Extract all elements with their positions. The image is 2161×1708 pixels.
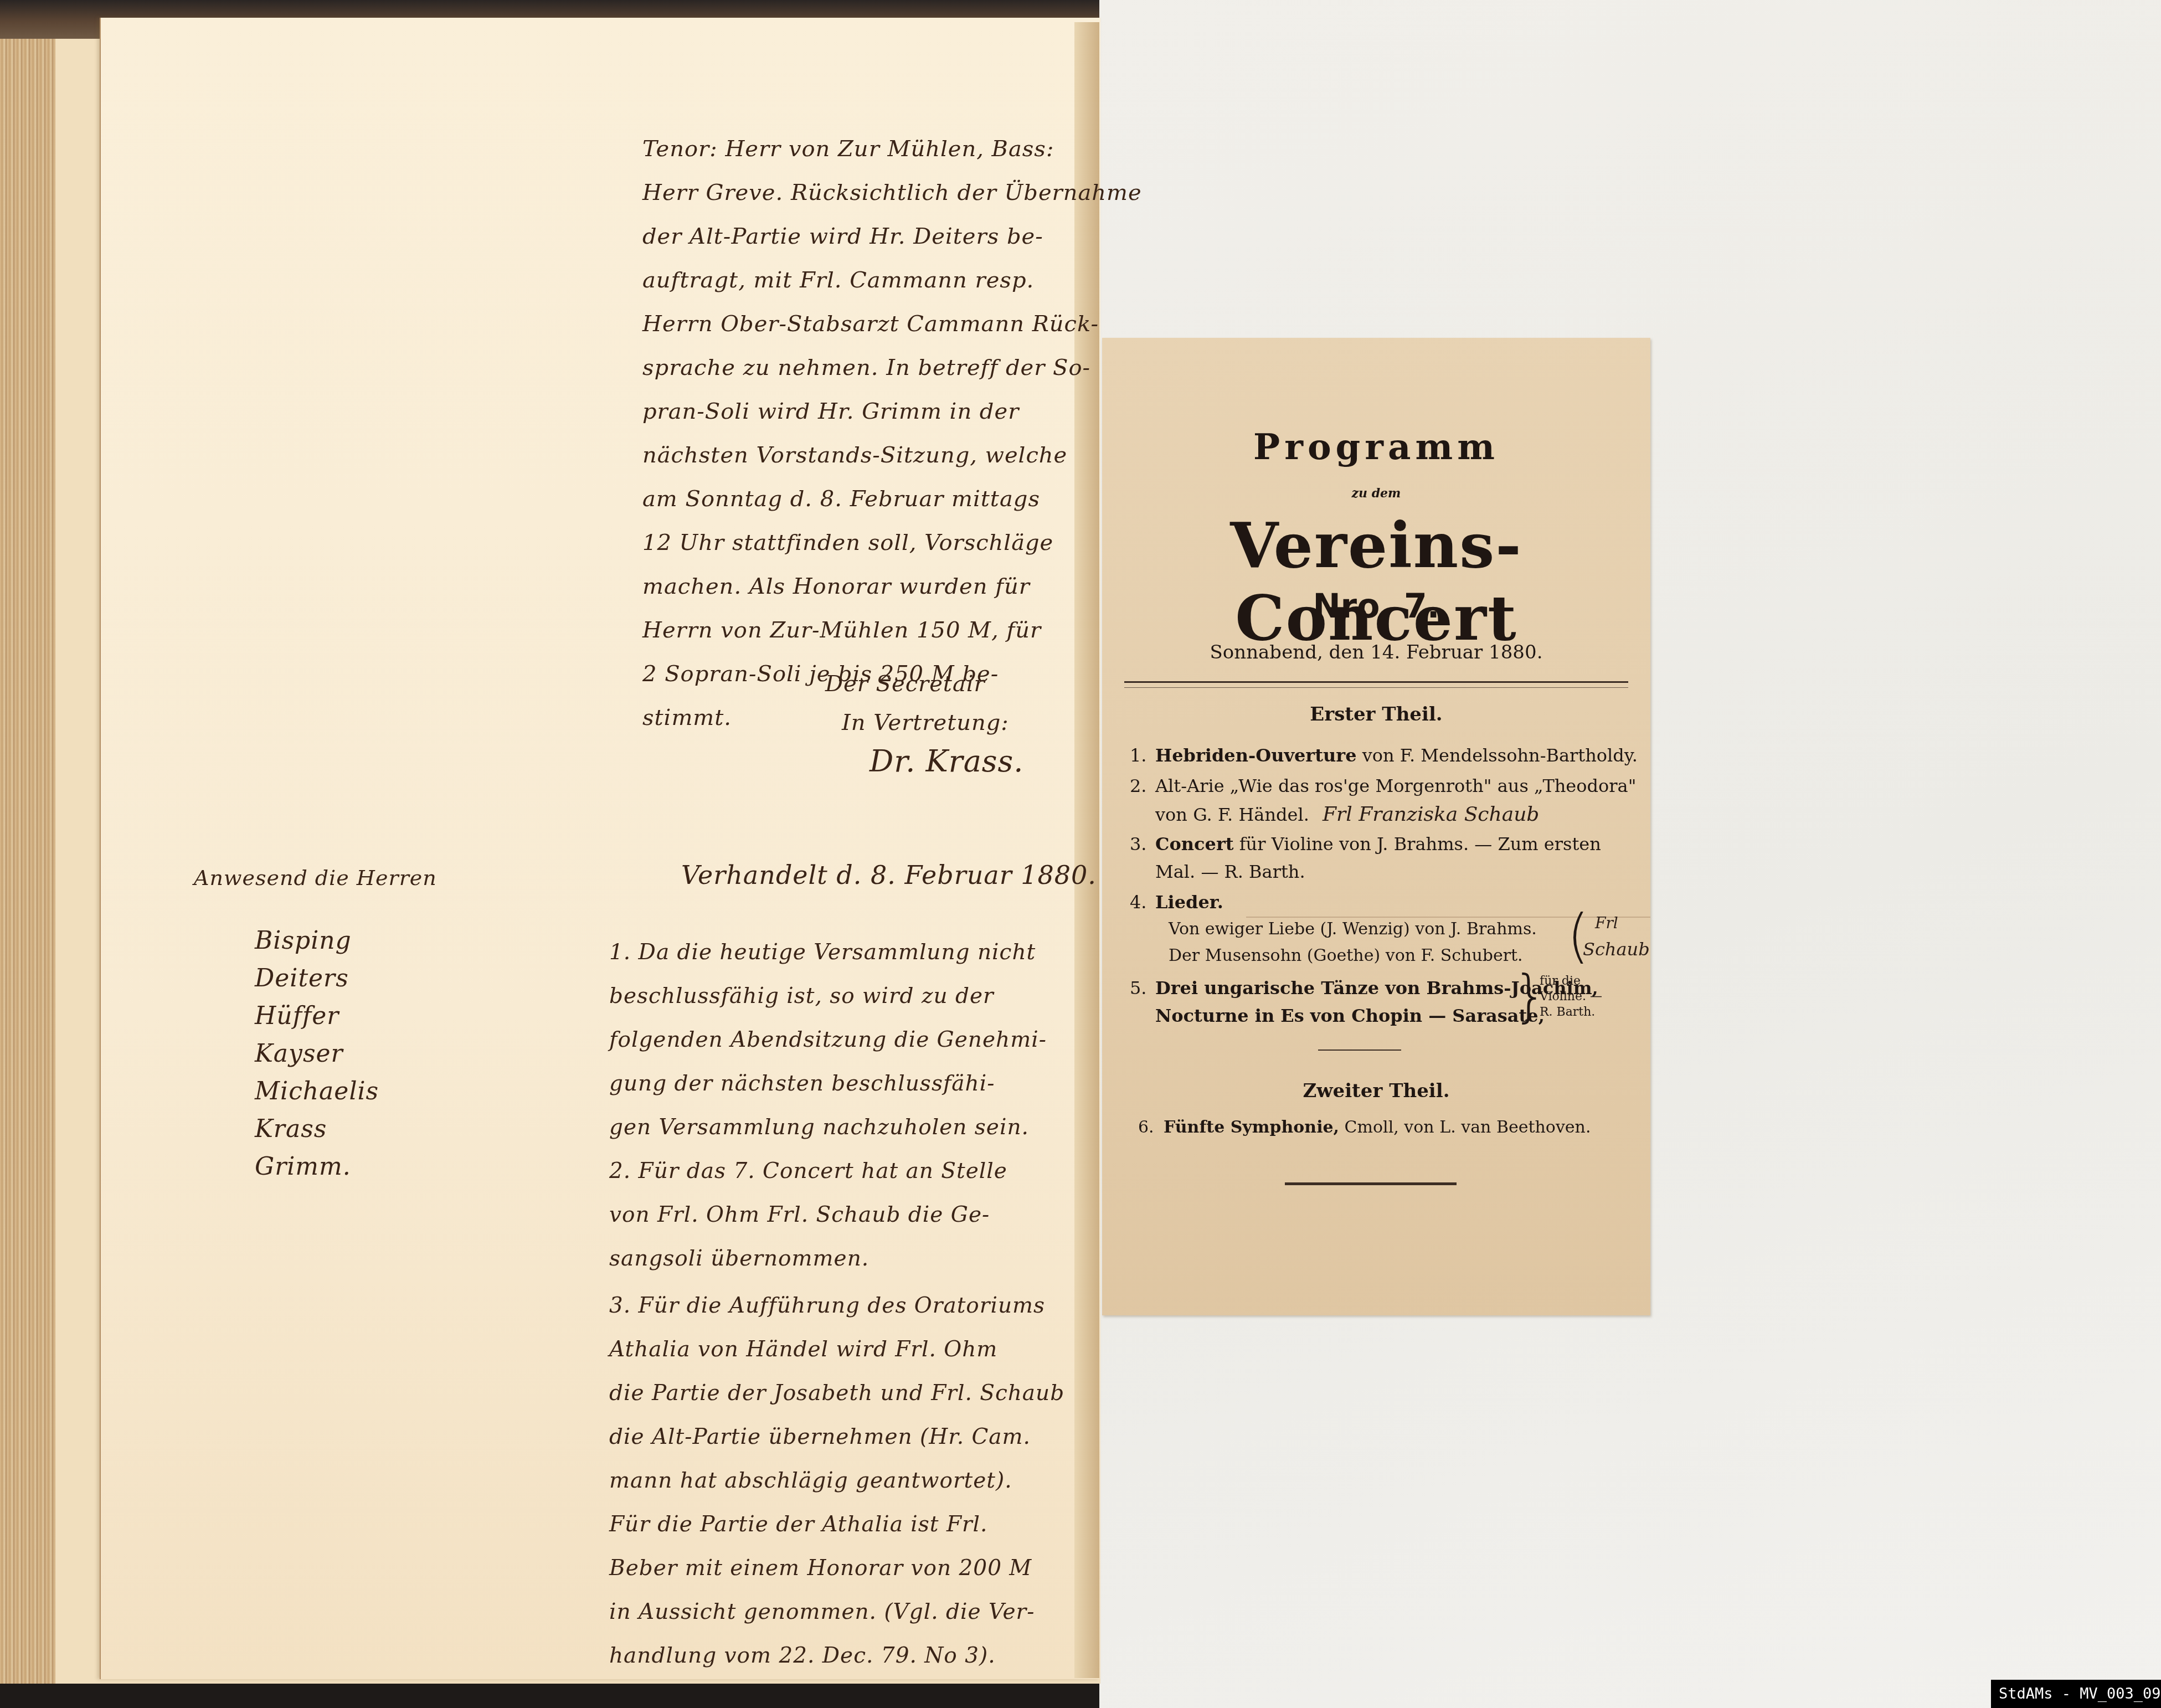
minutes-continued: Tenor: Herr von Zur Mühlen, Bass: Herr G… — [642, 127, 1142, 740]
attendee-name: Hüffer — [255, 997, 379, 1035]
handwritten-annotation: Frl Franziska Schaub — [1323, 803, 1539, 826]
item-details: „Wie das ros'ge Morgenroth" aus „Theodor… — [1224, 775, 1637, 796]
item-number: 2. — [1130, 775, 1155, 796]
minutes-line: in Aussicht genommen. (Vgl. die Ver- — [609, 1590, 1064, 1634]
end-rule — [1285, 1182, 1457, 1185]
signature-block: Der Secretair In Vertretung: Dr. Krass. — [820, 665, 1023, 781]
program-item-2-continued: von G. F. Händel. Frl Franziska Schaub — [1155, 803, 1539, 826]
minutes-line: 3. Für die Aufführung des Oratoriums — [609, 1284, 1064, 1328]
part2-heading: Zweiter Theil. — [1102, 1080, 1650, 1102]
lied-2: Der Musensohn (Goethe) von F. Schubert. — [1169, 946, 1523, 965]
minutes-line: mann hat abschlägig geantwortet). — [609, 1459, 1064, 1503]
program-item-4: 4.Lieder. — [1130, 892, 1223, 913]
item-title: Nocturne in Es von Chopin — Sarasate, — [1155, 1005, 1545, 1026]
item-number: 5. — [1130, 978, 1155, 999]
handwritten-annotation: Frl — [1595, 914, 1618, 932]
minutes-line: Für die Partie der Athalia ist Frl. — [609, 1503, 1064, 1546]
minutes-line: handlung vom 22. Dec. 79. No 3). — [609, 1634, 1064, 1678]
item-details: von F. Mendelssohn-Bartholdy. — [1356, 745, 1637, 766]
item-5-performer-note: für die Violine. — R. Barth. — [1540, 974, 1602, 1020]
minutes-line: auftragt, mit Frl. Cammann resp. — [642, 259, 1142, 302]
concert-program-sheet: Programm zu dem Vereins-Concert Nro. 7. … — [1102, 338, 1650, 1315]
program-subtitle: zu dem — [1102, 486, 1650, 501]
bleed-through-text — [234, 128, 666, 627]
item-details: Mal. — R. Barth. — [1155, 861, 1305, 882]
program-item-3-continued: Mal. — R. Barth. — [1155, 861, 1305, 882]
minutes-line: von Frl. Ohm Frl. Schaub die Ge- — [609, 1193, 1064, 1237]
lied-1: Von ewiger Liebe (J. Wenzig) von J. Brah… — [1169, 919, 1537, 939]
item-title: Hebriden-Ouverture — [1155, 745, 1356, 766]
item-number: 6. — [1138, 1118, 1164, 1137]
item-details: für Violine von J. Brahms. — Zum ersten — [1234, 834, 1601, 855]
item-title: Lieder. — [1155, 892, 1223, 913]
minutes-line: pran-Soli wird Hr. Grimm in der — [642, 390, 1142, 434]
minutes-line: sangsoli übernommen. — [609, 1237, 1064, 1280]
minutes-line: 2. Für das 7. Concert hat an Stelle — [609, 1149, 1064, 1193]
minutes-line: 12 Uhr stattfinden soll, Vorschläge — [642, 521, 1142, 565]
item-number: 4. — [1130, 892, 1155, 913]
attendance-list: Bisping Deiters Hüffer Kayser Michaelis … — [255, 922, 379, 1186]
attendee-name: Bisping — [255, 922, 379, 960]
minutes-line: Beber mit einem Honorar von 200 M — [609, 1546, 1064, 1590]
note-line: für die — [1540, 974, 1602, 989]
archive-reference-label: StdAMs - MV_003_091 — [1991, 1680, 2161, 1708]
double-rule-divider — [1124, 681, 1628, 688]
program-item-1: 1.Hebriden-Ouverture von F. Mendelssohn-… — [1130, 745, 1638, 766]
session-minutes: 1. Da die heutige Versammlung nicht besc… — [609, 930, 1064, 1678]
minutes-line: gen Versammlung nachzuholen sein. — [609, 1105, 1064, 1149]
minutes-line: der Alt-Partie wird Hr. Deiters be- — [642, 215, 1142, 259]
minutes-line: sprache zu nehmen. In betreff der So- — [642, 346, 1142, 390]
minutes-line: Tenor: Herr von Zur Mühlen, Bass: — [642, 127, 1142, 171]
attendee-name: Krass — [255, 1110, 379, 1148]
item-title: Fünfte Symphonie, — [1164, 1118, 1339, 1137]
item-title: Alt-Arie — [1155, 775, 1224, 796]
section-divider — [1318, 1050, 1401, 1051]
fold-crease — [1246, 917, 1650, 918]
attendee-name: Michaelis — [255, 1073, 379, 1110]
part1-heading: Erster Theil. — [1102, 703, 1650, 726]
program-date: Sonnabend, den 14. Februar 1880. — [1102, 641, 1650, 663]
minutes-line: die Alt-Partie übernehmen (Hr. Cam. — [609, 1415, 1064, 1459]
item-number: 3. — [1130, 834, 1155, 855]
program-item-6: 6.Fünfte Symphonie, Cmoll, von L. van Be… — [1138, 1118, 1591, 1137]
item-title: Concert — [1155, 834, 1234, 855]
handwritten-annotation: Schaub — [1583, 939, 1650, 960]
minutes-line: am Sonntag d. 8. Februar mittags — [642, 477, 1142, 521]
minutes-line: folgenden Abendsitzung die Genehmi- — [609, 1018, 1064, 1062]
minutes-line: machen. Als Honorar wurden für — [642, 565, 1142, 609]
minutes-line: die Partie der Josabeth und Frl. Schaub — [609, 1371, 1064, 1415]
item-details: von G. F. Händel. — [1155, 804, 1309, 825]
page-stack-edge — [0, 39, 55, 1686]
program-title: Programm — [1102, 426, 1650, 468]
attendee-name: Grimm. — [255, 1148, 379, 1186]
minutes-line: Herr Greve. Rücksichtlich der Übernahme — [642, 171, 1142, 215]
minutes-line: beschlussfähig ist, so wird zu der — [609, 974, 1064, 1018]
session-header: Verhandelt d. 8. Februar 1880. — [681, 853, 1097, 897]
note-line: Violine. — — [1540, 989, 1602, 1005]
program-item-5-continued: Nocturne in Es von Chopin — Sarasate, — [1155, 1005, 1545, 1026]
minutes-line: Herrn Ober-Stabsarzt Cammann Rück- — [642, 302, 1142, 346]
book-cover-bottom — [0, 1684, 1099, 1708]
program-event-name: Vereins-Concert — [1102, 510, 1650, 655]
note-line: R. Barth. — [1540, 1005, 1602, 1020]
attendance-heading: Anwesend die Herren — [194, 856, 437, 900]
minutes-line: nächsten Vorstands-Sitzung, welche — [642, 434, 1142, 477]
item-number: 1. — [1130, 745, 1155, 766]
minutes-line: Herrn von Zur-Mühlen 150 M, für — [642, 609, 1142, 652]
program-item-2: 2.Alt-Arie „Wie das ros'ge Morgenroth" a… — [1130, 775, 1636, 796]
item-details: Cmoll, von L. van Beethoven. — [1339, 1118, 1591, 1137]
minutes-line: Athalia von Händel wird Frl. Ohm — [609, 1328, 1064, 1371]
attendee-name: Deiters — [255, 960, 379, 997]
attendee-name: Kayser — [255, 1035, 379, 1073]
signature-deputy: In Vertretung: — [820, 703, 1023, 742]
signature-role: Der Secretair — [820, 665, 1023, 703]
minutes-line: 1. Da die heutige Versammlung nicht — [609, 930, 1064, 974]
minutes-line: gung der nächsten beschlussfähi- — [609, 1062, 1064, 1105]
signature-name: Dr. Krass. — [820, 742, 1023, 781]
program-number: Nro. 7. — [1102, 587, 1650, 626]
program-item-3: 3.Concert für Violine von J. Brahms. — Z… — [1130, 834, 1601, 855]
